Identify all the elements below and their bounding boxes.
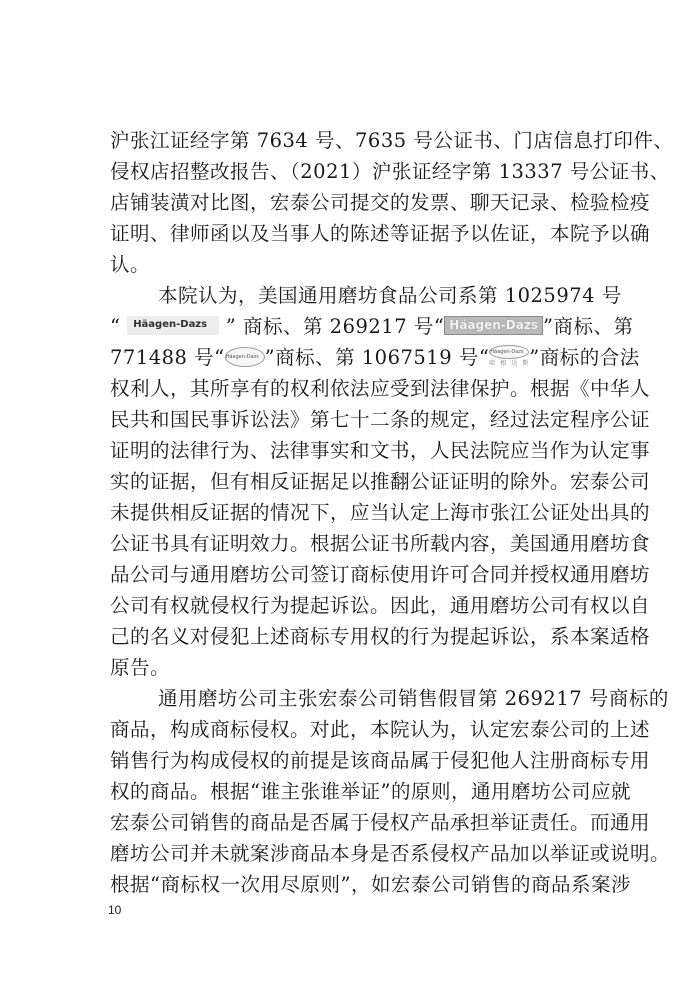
text-line: 本院认为，美国通用磨坊食品公司系第 1025974 号: [110, 280, 618, 311]
text-line: 侵权店招整改报告、（2021）沪张证经字第 13337 号公证书、: [110, 156, 618, 187]
text-line: 公证书具有证明效力。根据公证书所载内容，美国通用磨坊食: [110, 528, 618, 559]
text-line: 磨坊公司并未就案涉商品本身是否系侵权产品加以举证或说明。: [110, 838, 618, 869]
text-line: 己的名义对侵犯上述商标专用权的行为提起诉讼，系本案适格: [110, 621, 618, 652]
text-line: 根据“商标权一次用尽原则”，如宏泰公司销售的商品系案涉: [110, 869, 618, 900]
quote-close: ”: [226, 315, 236, 338]
text-segment: 商标、第 269217 号“: [243, 315, 444, 338]
trademark-oval-logo: Häagen-Dazs: [489, 345, 529, 359]
text-segment: 771488 号“: [110, 346, 225, 369]
text-line: 品公司与通用磨坊公司签订商标使用许可合同并授权通用磨坊: [110, 559, 618, 590]
text-line: 公司有权就侵权行为提起诉讼。因此，通用磨坊公司有权以自: [110, 590, 618, 621]
text-line: 商品，构成商标侵权。对此，本院认为，认定宏泰公司的上述: [110, 714, 618, 745]
text-segment: ”商标、第 1067519 号“: [265, 346, 490, 369]
trademark-image-1067519: Häagen-Dazs哈根达斯: [489, 345, 529, 369]
text-line: 证明、律师函以及当事人的陈述等证据予以佐证，本院予以确: [110, 218, 618, 249]
text-line: 权利人，其所享有的权利依法应受到法律保护。根据《中华人: [110, 373, 618, 404]
trademark-chinese-name: 哈根达斯: [489, 359, 529, 368]
quote-open: “: [110, 315, 120, 338]
text-line: 未提供相反证据的情况下，应当认定上海市张江公证处出具的: [110, 497, 618, 528]
paragraph-court-opinion-standing: 本院认为，美国通用磨坊食品公司系第 1025974 号 “ Häagen-Daz…: [110, 280, 618, 683]
text-segment: ”商标、第: [543, 315, 633, 338]
trademark-image-1025974: Häagen-Dazs: [127, 316, 219, 335]
page-number: 10: [108, 903, 121, 917]
trademark-image-771488: Häagen-Dazs: [225, 347, 265, 367]
document-body: 沪张江证经字第 7634 号、7635 号公证书、门店信息打印件、 侵权店招整改…: [110, 125, 618, 900]
text-line: 民共和国民事诉讼法》第七十二条的规定，经过法定程序公证: [110, 404, 618, 435]
text-line: 认。: [110, 249, 618, 280]
text-line: 沪张江证经字第 7634 号、7635 号公证书、门店信息打印件、: [110, 125, 618, 156]
text-line: 店铺装潢对比图，宏泰公司提交的发票、聊天记录、检验检疫: [110, 187, 618, 218]
paragraph-evidence-confirmation: 沪张江证经字第 7634 号、7635 号公证书、门店信息打印件、 侵权店招整改…: [110, 125, 618, 280]
text-segment: ”商标的合法: [529, 346, 639, 369]
text-line-with-trademarks: 771488 号“Häagen-Dazs”商标、第 1067519 号“Häag…: [110, 342, 618, 373]
text-line: 通用磨坊公司主张宏泰公司销售假冒第 269217 号商标的: [110, 683, 618, 714]
text-line: 证明的法律行为、法律事实和文书，人民法院应当作为认定事: [110, 435, 618, 466]
paragraph-burden-of-proof: 通用磨坊公司主张宏泰公司销售假冒第 269217 号商标的 商品，构成商标侵权。…: [110, 683, 618, 900]
trademark-image-269217: Häagen-Dazs: [444, 316, 543, 335]
text-line: 权的商品。根据“谁主张谁举证”的原则，通用磨坊公司应就: [110, 776, 618, 807]
text-line: 宏泰公司销售的商品是否属于侵权产品承担举证责任。而通用: [110, 807, 618, 838]
text-line: 销售行为构成侵权的前提是该商品属于侵犯他人注册商标专用: [110, 745, 618, 776]
document-page: 沪张江证经字第 7634 号、7635 号公证书、门店信息打印件、 侵权店招整改…: [0, 0, 700, 990]
text-line-with-trademarks: “ Häagen-Dazs ” 商标、第 269217 号“Häagen-Daz…: [110, 311, 618, 342]
text-line: 原告。: [110, 652, 618, 683]
text-line: 实的证据，但有相反证据足以推翻公证证明的除外。宏泰公司: [110, 466, 618, 497]
